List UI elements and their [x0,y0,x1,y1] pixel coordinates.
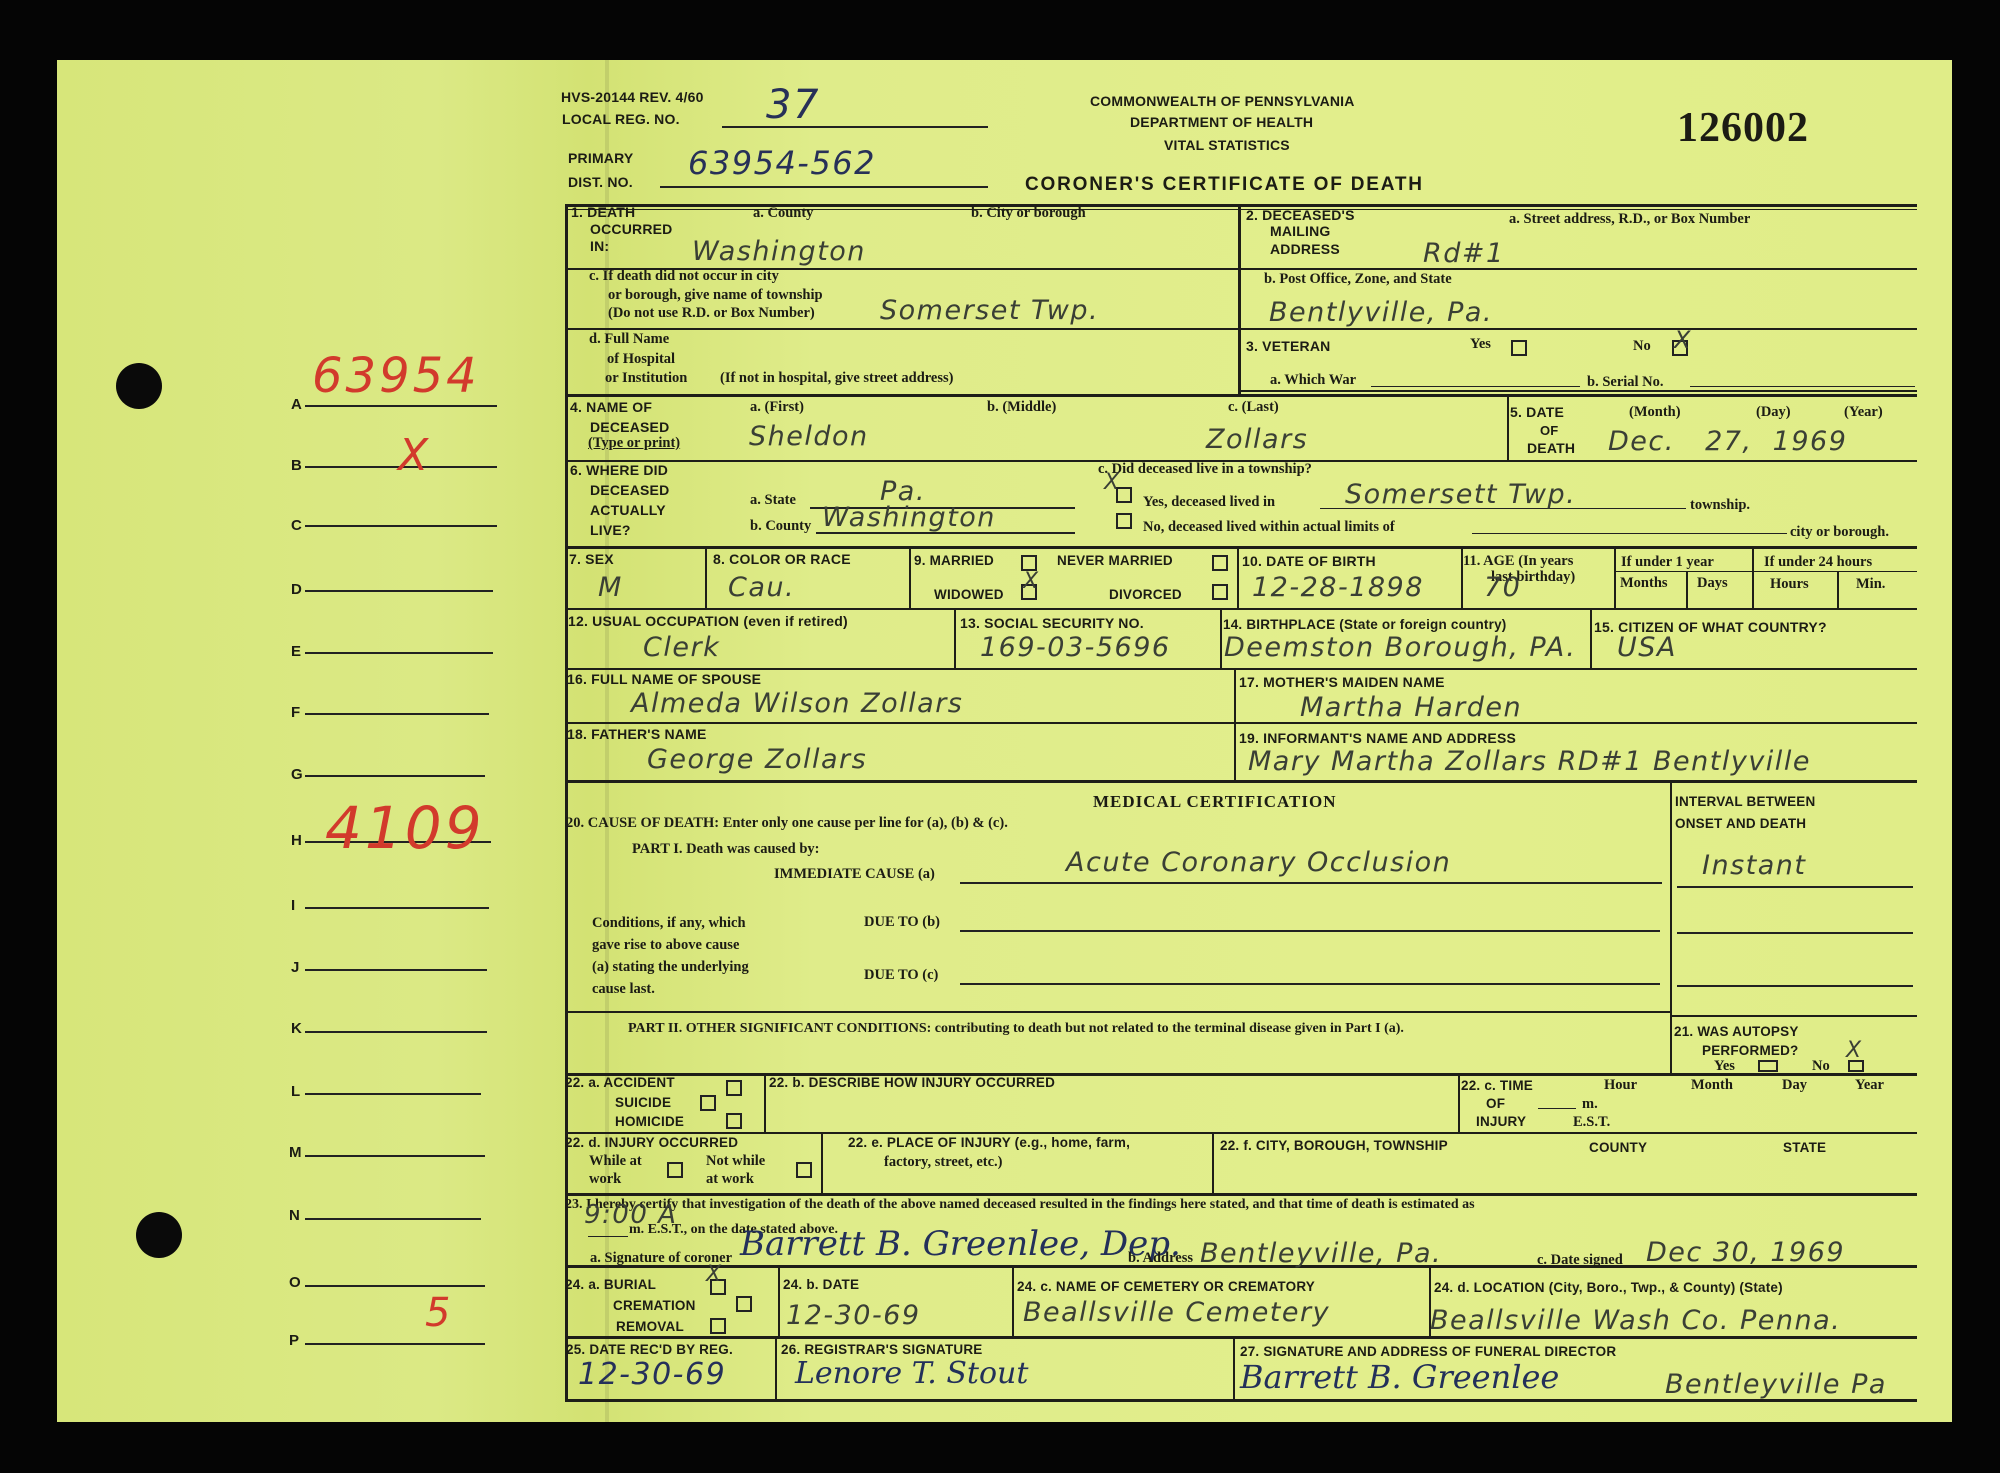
conditions-text-2: gave rise to above cause [592,937,739,954]
f9-divorced-label: DIVORCED [1109,587,1182,602]
tally-line-g [305,775,485,777]
divider-12-13 [954,610,956,668]
f23b-address-value: Bentleyville, Pa. [1200,1238,1442,1269]
f23-certify-text: 23. I hereby certify that investigation … [565,1197,1475,1213]
row-22a-bottom [565,1132,1917,1134]
f9-never-married-label: NEVER MARRIED [1057,553,1173,568]
f24d-location-value: Beallsville Wash Co. Penna. [1430,1305,1841,1336]
f17-label: 17. MOTHER'S MAIDEN NAME [1239,674,1445,690]
age-subheader-line [1614,571,1917,572]
f22d-label: 22. d. INJURY OCCURRED [565,1135,738,1150]
months-label: Months [1620,575,1668,592]
f2a-label: a. Street address, R.D., or Box Number [1509,211,1750,228]
row-12-bottom [565,668,1917,670]
f3b-line [1690,386,1915,387]
f22f-label: 22. f. CITY, BOROUGH, TOWNSHIP [1220,1138,1448,1153]
divider-16-17 [1234,670,1236,782]
divider-months-days [1686,571,1688,608]
f2b-post-office-value: Bentlyville, Pa. [1269,297,1493,328]
tally-letter-d: D [291,581,302,598]
f3a-line [1371,386,1580,387]
f6-label-3: ACTUALLY [590,502,666,518]
frame-left [565,204,568,1399]
divider-1-2 [1238,206,1241,394]
dist-label: DIST. NO. [568,174,633,190]
f1c-label-2: or borough, give name of township [608,287,823,304]
f3-yes-label: Yes [1470,336,1491,353]
f20-label: 20. CAUSE OF DEATH: Enter only one cause… [566,815,1008,832]
f14-label: 14. BIRTHPLACE (State or foreign country… [1223,617,1506,632]
interval-c-line [1677,985,1913,987]
f22c-month-label: Month [1691,1077,1733,1094]
f23c-date-signed-value: Dec 30, 1969 [1646,1237,1845,1268]
tally-b-value: X [398,430,431,481]
f11-age-value: 70 [1484,572,1521,603]
primary-label: PRIMARY [568,150,633,166]
f21-label-1: 21. WAS AUTOPSY [1674,1024,1799,1039]
due-to-b-line [960,930,1660,932]
autopsy-yes-label: Yes [1714,1058,1735,1075]
row-interval-bottom [1670,1015,1917,1017]
f6c-label: c. Did deceased live in a township? [1098,461,1312,478]
f19-label: 19. INFORMANT'S NAME AND ADDRESS [1239,730,1516,746]
row-1c-bottom [565,328,1917,330]
suicide-checkbox[interactable] [700,1095,716,1111]
burial-mark: X [706,1262,723,1287]
f16-spouse-value: Almeda Wilson Zollars [631,688,963,719]
f1b-label: b. City or borough [971,205,1086,222]
veteran-yes-checkbox[interactable] [1511,340,1527,356]
f3-no-label: No [1633,338,1651,355]
f4c-last-name-value: Zollars [1206,424,1308,455]
f1c-label-3: (Do not use R.D. or Box Number) [608,305,815,322]
tally-line-e [305,652,493,654]
agency-line-1: COMMONWEALTH OF PENNSYLVANIA [1090,93,1355,109]
tally-line-a [305,405,497,407]
f23b-label: b. Address [1128,1250,1193,1267]
divider-hours-min [1837,571,1839,608]
local-reg-label: LOCAL REG. NO. [562,111,680,127]
divider-26-27 [1233,1339,1235,1399]
tally-line-l [305,1093,481,1095]
row-6-bottom [565,546,1917,549]
interval-a-line [1677,886,1913,888]
f13-label: 13. SOCIAL SECURITY NO. [960,615,1144,631]
not-while-at-work-checkbox[interactable] [796,1162,812,1178]
tally-letter-g: G [291,766,303,783]
f1d-label-2: of Hospital [607,351,675,368]
divider-under1-under24 [1752,549,1754,608]
conditions-text-1: Conditions, if any, which [592,915,746,932]
registrar-signature: Lenore T. Stout [795,1356,1028,1391]
row-1-bottom [565,394,1917,397]
row-22d-bottom [565,1193,1917,1196]
tally-letter-h: H [291,832,302,849]
row-2a-bottom [1241,268,1917,270]
f22a-accident-label: 22. a. ACCIDENT [565,1075,675,1090]
f25-label: 25. DATE REC'D BY REG. [566,1342,733,1357]
certificate-title: CORONER'S CERTIFICATE OF DEATH [1025,174,1424,196]
f25-date-received-value: 12-30-69 [578,1357,726,1392]
f5-label-3: DEATH [1527,440,1575,456]
f6c-no-line [1472,533,1787,534]
f7-label: 7. SEX [569,551,614,567]
f1d-label-3: or Institution [605,370,687,387]
immediate-cause-label: IMMEDIATE CAUSE (a) [774,866,935,883]
tally-letter-j: J [291,959,299,976]
f12-label: 12. USUAL OCCUPATION (even if retired) [568,613,848,629]
min-label: Min. [1856,576,1885,593]
tally-line-n [305,1218,481,1220]
f2-label-2: MAILING [1270,223,1331,239]
conditions-text-4: cause last. [592,981,655,998]
coroner-signature: Barrett B. Greenlee, Dep. [740,1224,1181,1264]
f3a-label: a. Which War [1270,372,1356,389]
f22d-while-label-1: While at [589,1153,642,1170]
interval-a-value: Instant [1702,850,1806,881]
divider-22b-22c [1458,1075,1460,1132]
autopsy-no-label: No [1812,1058,1830,1075]
homicide-checkbox[interactable] [726,1113,742,1129]
f10-date-of-birth-value: 12-28-1898 [1252,572,1424,603]
f1-label-3: IN: [590,238,609,254]
due-to-c-label: DUE TO (c) [864,967,938,984]
tally-line-i [305,907,489,909]
autopsy-yes-checkbox[interactable] [1758,1060,1778,1072]
f23c-label: c. Date signed [1537,1252,1623,1269]
f19-informant-value: Mary Martha Zollars RD#1 Bentlyville [1248,746,1811,777]
tally-line-k [305,1031,487,1033]
f6c-yes-text: Yes, deceased lived in [1143,494,1275,511]
local-reg-value: 37 [766,82,820,128]
f22c-hour-label: Hour [1604,1077,1637,1094]
interval-b-line [1677,932,1913,934]
f22c-label-2: OF [1486,1096,1505,1111]
f4-label-3: (Type or print) [588,435,680,452]
tally-letter-l: L [291,1083,300,1100]
part2-label: PART II. OTHER SIGNIFICANT CONDITIONS: c… [628,1021,1404,1037]
row-18-bottom [565,780,1917,783]
f24b-date-value: 12-30-69 [786,1300,921,1331]
removal-checkbox[interactable] [710,1318,726,1334]
f2-label-3: ADDRESS [1270,241,1340,257]
f22c-year-label: Year [1855,1077,1884,1094]
f18-label: 18. FATHER'S NAME [567,726,707,742]
immediate-cause-value: Acute Coronary Occlusion [1066,847,1451,878]
f10-label: 10. DATE OF BIRTH [1242,553,1376,569]
immediate-cause-line [960,882,1662,884]
agency-line-2: DEPARTMENT OF HEALTH [1130,114,1313,130]
divider-24b-24c [1012,1268,1014,1336]
tally-letter-f: F [291,704,300,721]
f24c-label: 24. c. NAME OF CEMETERY OR CREMATORY [1017,1279,1315,1294]
f24a-burial-label: 24. a. BURIAL [565,1277,656,1292]
divider-24a-24b [778,1268,780,1336]
under-1-year-label: If under 1 year [1621,554,1714,571]
tally-a-value: 63954 [312,348,480,404]
f1c-label-1: c. If death did not occur in city [589,268,779,285]
f6b-county-value: Washington [822,502,996,533]
tally-p-value: 5 [425,1290,453,1336]
tally-line-d [305,590,493,592]
divider-7-8 [705,549,707,608]
f2a-street-value: Rd#1 [1423,238,1505,269]
accident-checkbox[interactable] [726,1080,742,1096]
f4-label-1: 4. NAME OF [570,399,652,415]
local-reg-line [722,126,988,128]
while-at-work-checkbox[interactable] [667,1162,683,1178]
f22c-day-label: Day [1782,1077,1807,1094]
f22c-label-1: 22. c. TIME [1461,1078,1533,1093]
township-yes-mark: X [1104,470,1121,495]
f16-label: 16. FULL NAME OF SPOUSE [567,671,761,687]
divider-4-5 [1507,397,1509,460]
hours-label: Hours [1770,576,1809,593]
tally-letter-n: N [289,1207,300,1224]
tally-letter-m: M [289,1144,302,1161]
divider-25-26 [775,1339,777,1399]
f6c-no-suffix: city or borough. [1790,524,1889,541]
f5-date-of-death-value: Dec. 27, 1969 [1608,426,1847,457]
f22d-not-while-label-2: at work [706,1171,754,1188]
never-married-checkbox[interactable] [1212,555,1228,571]
row-3-bottom [1241,390,1917,392]
f22d-while-label-2: work [589,1171,621,1188]
tally-letter-b: B [291,457,302,474]
interval-label-1: INTERVAL BETWEEN [1675,794,1815,809]
f22a-homicide-label: HOMICIDE [615,1114,684,1129]
f4c-label: c. (Last) [1228,399,1279,416]
f6b-label: b. County [750,518,811,535]
f9-married-label: 9. MARRIED [914,553,994,568]
f3b-label: b. Serial No. [1587,374,1664,391]
divider-22d-22e [821,1134,823,1193]
veteran-no-mark: X [1674,326,1692,354]
row-7-bottom [565,608,1917,610]
tally-line-o [305,1285,485,1287]
divider-14-15 [1590,610,1592,668]
days-label: Days [1697,575,1728,592]
f14-birthplace-value: Deemston Borough, PA. [1224,632,1576,663]
f23-time-line [588,1236,628,1237]
f22c-est-label: E.S.T. [1573,1114,1610,1131]
autopsy-no-mark: X [1846,1038,1863,1063]
divider-9-10 [1237,549,1239,608]
f4b-label: b. (Middle) [987,399,1056,416]
medical-certification-title: MEDICAL CERTIFICATION [1093,792,1336,812]
f18-father-value: George Zollars [647,744,867,775]
f4a-first-name-value: Sheldon [749,421,869,452]
due-to-b-label: DUE TO (b) [864,914,940,931]
under-24-hours-label: If under 24 hours [1764,554,1872,571]
f1a-county-value: Washington [692,236,866,267]
conditions-text-3: (a) stating the underlying [592,959,749,976]
cremation-checkbox[interactable] [736,1296,752,1312]
punch-hole-top [116,363,162,409]
tally-line-m [305,1155,485,1157]
f22e-label-2: factory, street, etc.) [884,1154,1002,1171]
f1-label-2: OCCURRED [590,221,673,237]
tally-letter-a: A [291,396,302,413]
f5-year-label: (Year) [1844,404,1883,421]
divorced-checkbox[interactable] [1212,584,1228,600]
f6c-no-text: No, deceased lived within actual limits … [1143,519,1395,536]
row-part1-bottom [565,1011,1670,1013]
tally-letter-c: C [291,517,302,534]
f6c-yes-suffix: township. [1690,497,1750,514]
dist-line [660,186,988,188]
tally-line-c [305,525,497,527]
f17-mother-value: Martha Harden [1300,692,1522,723]
funeral-director-signature: Barrett B. Greenlee [1240,1358,1559,1396]
f6-label-1: 6. WHERE DID [570,462,668,478]
f1c-township-value: Somerset Twp. [880,295,1099,326]
part1-label: PART I. Death was caused by: [632,841,819,858]
f27-label: 27. SIGNATURE AND ADDRESS OF FUNERAL DIR… [1240,1344,1616,1359]
f22c-hour-line [1538,1108,1576,1109]
f24a-cremation-label: CREMATION [613,1298,696,1313]
certificate-number: 126002 [1677,104,1809,152]
f6c-township-value: Somersett Twp. [1345,479,1576,510]
tally-line-f [305,713,489,715]
f26-label: 26. REGISTRAR'S SIGNATURE [781,1342,983,1357]
divider-interval [1670,783,1672,1073]
f22a-suicide-label: SUICIDE [615,1095,671,1110]
f4a-label: a. (First) [750,399,804,416]
f15-citizen-value: USA [1617,632,1677,663]
f27-address-value: Bentleyville Pa [1665,1369,1887,1400]
f11-label-1: 11. AGE (In years [1463,553,1573,570]
f24c-cemetery-value: Beallsville Cemetery [1023,1297,1330,1328]
divider-11-under1 [1614,549,1616,608]
f22c-m-label: m. [1582,1096,1598,1113]
f8-race-value: Cau. [728,572,795,603]
f22e-label-1: 22. e. PLACE OF INJURY (e.g., home, farm… [848,1135,1130,1150]
tally-letter-i: I [291,897,295,914]
tally-letter-o: O [289,1274,301,1291]
f1-label: 1. DEATH [571,204,635,220]
row-16-bottom [565,722,1917,724]
f12-occupation-value: Clerk [643,632,720,663]
f5-day-label: (Day) [1756,404,1791,421]
row-24-bottom [565,1336,1917,1339]
dist-value: 63954-562 [688,144,876,182]
f1a-label: a. County [753,205,813,222]
f24d-label: 24. d. LOCATION (City, Boro., Twp., & Co… [1434,1280,1783,1295]
due-to-c-line [960,983,1660,985]
divider-8-9 [909,549,911,608]
f22d-not-while-label-1: Not while [706,1153,765,1170]
f4-label-2: DECEASED [590,419,669,435]
tally-line-p [305,1343,485,1345]
f6a-label: a. State [750,492,796,509]
f2-label-1: 2. DECEASED'S [1246,207,1355,223]
agency-line-3: VITAL STATISTICS [1164,137,1290,153]
f5-month-label: (Month) [1629,404,1681,421]
township-no-checkbox[interactable] [1116,513,1132,529]
f13-ssn-value: 169-03-5696 [980,632,1171,663]
f24b-label: 24. b. DATE [783,1277,859,1292]
f3-label: 3. VETERAN [1246,338,1330,354]
f8-label: 8. COLOR OR RACE [713,551,851,567]
f1d-note: (If not in hospital, give street address… [720,370,953,387]
divider-13-14 [1220,610,1222,668]
f9-widowed-label: WIDOWED [934,587,1004,602]
f5-label-1: 5. DATE [1510,404,1564,420]
f1d-label-1: d. Full Name [589,331,669,348]
f6-label-4: LIVE? [590,522,631,538]
tally-line-j [305,969,487,971]
f5-label-2: OF [1540,423,1558,438]
f22c-label-3: INJURY [1476,1114,1526,1129]
divider-22a-22b [764,1075,766,1132]
tally-letter-p: P [289,1332,299,1349]
f6-label-2: DECEASED [590,482,669,498]
form-number: HVS-20144 REV. 4/60 [561,89,704,105]
divider-22e-22f [1212,1134,1214,1193]
f22f-state-label: STATE [1783,1140,1826,1155]
f22f-county-label: COUNTY [1589,1140,1647,1155]
punch-hole-bottom [136,1212,182,1258]
f2b-label: b. Post Office, Zone, and State [1264,271,1452,288]
f24a-removal-label: REMOVAL [616,1319,684,1334]
tally-letter-k: K [291,1020,302,1037]
f7-sex-value: M [598,572,623,603]
f22b-label: 22. b. DESCRIBE HOW INJURY OCCURRED [769,1075,1055,1090]
interval-label-2: ONSET AND DEATH [1675,816,1806,831]
tally-h-value: 4109 [325,794,485,862]
widowed-mark: X [1023,569,1040,594]
f21-label-2: PERFORMED? [1702,1043,1799,1058]
tally-letter-e: E [291,643,301,660]
